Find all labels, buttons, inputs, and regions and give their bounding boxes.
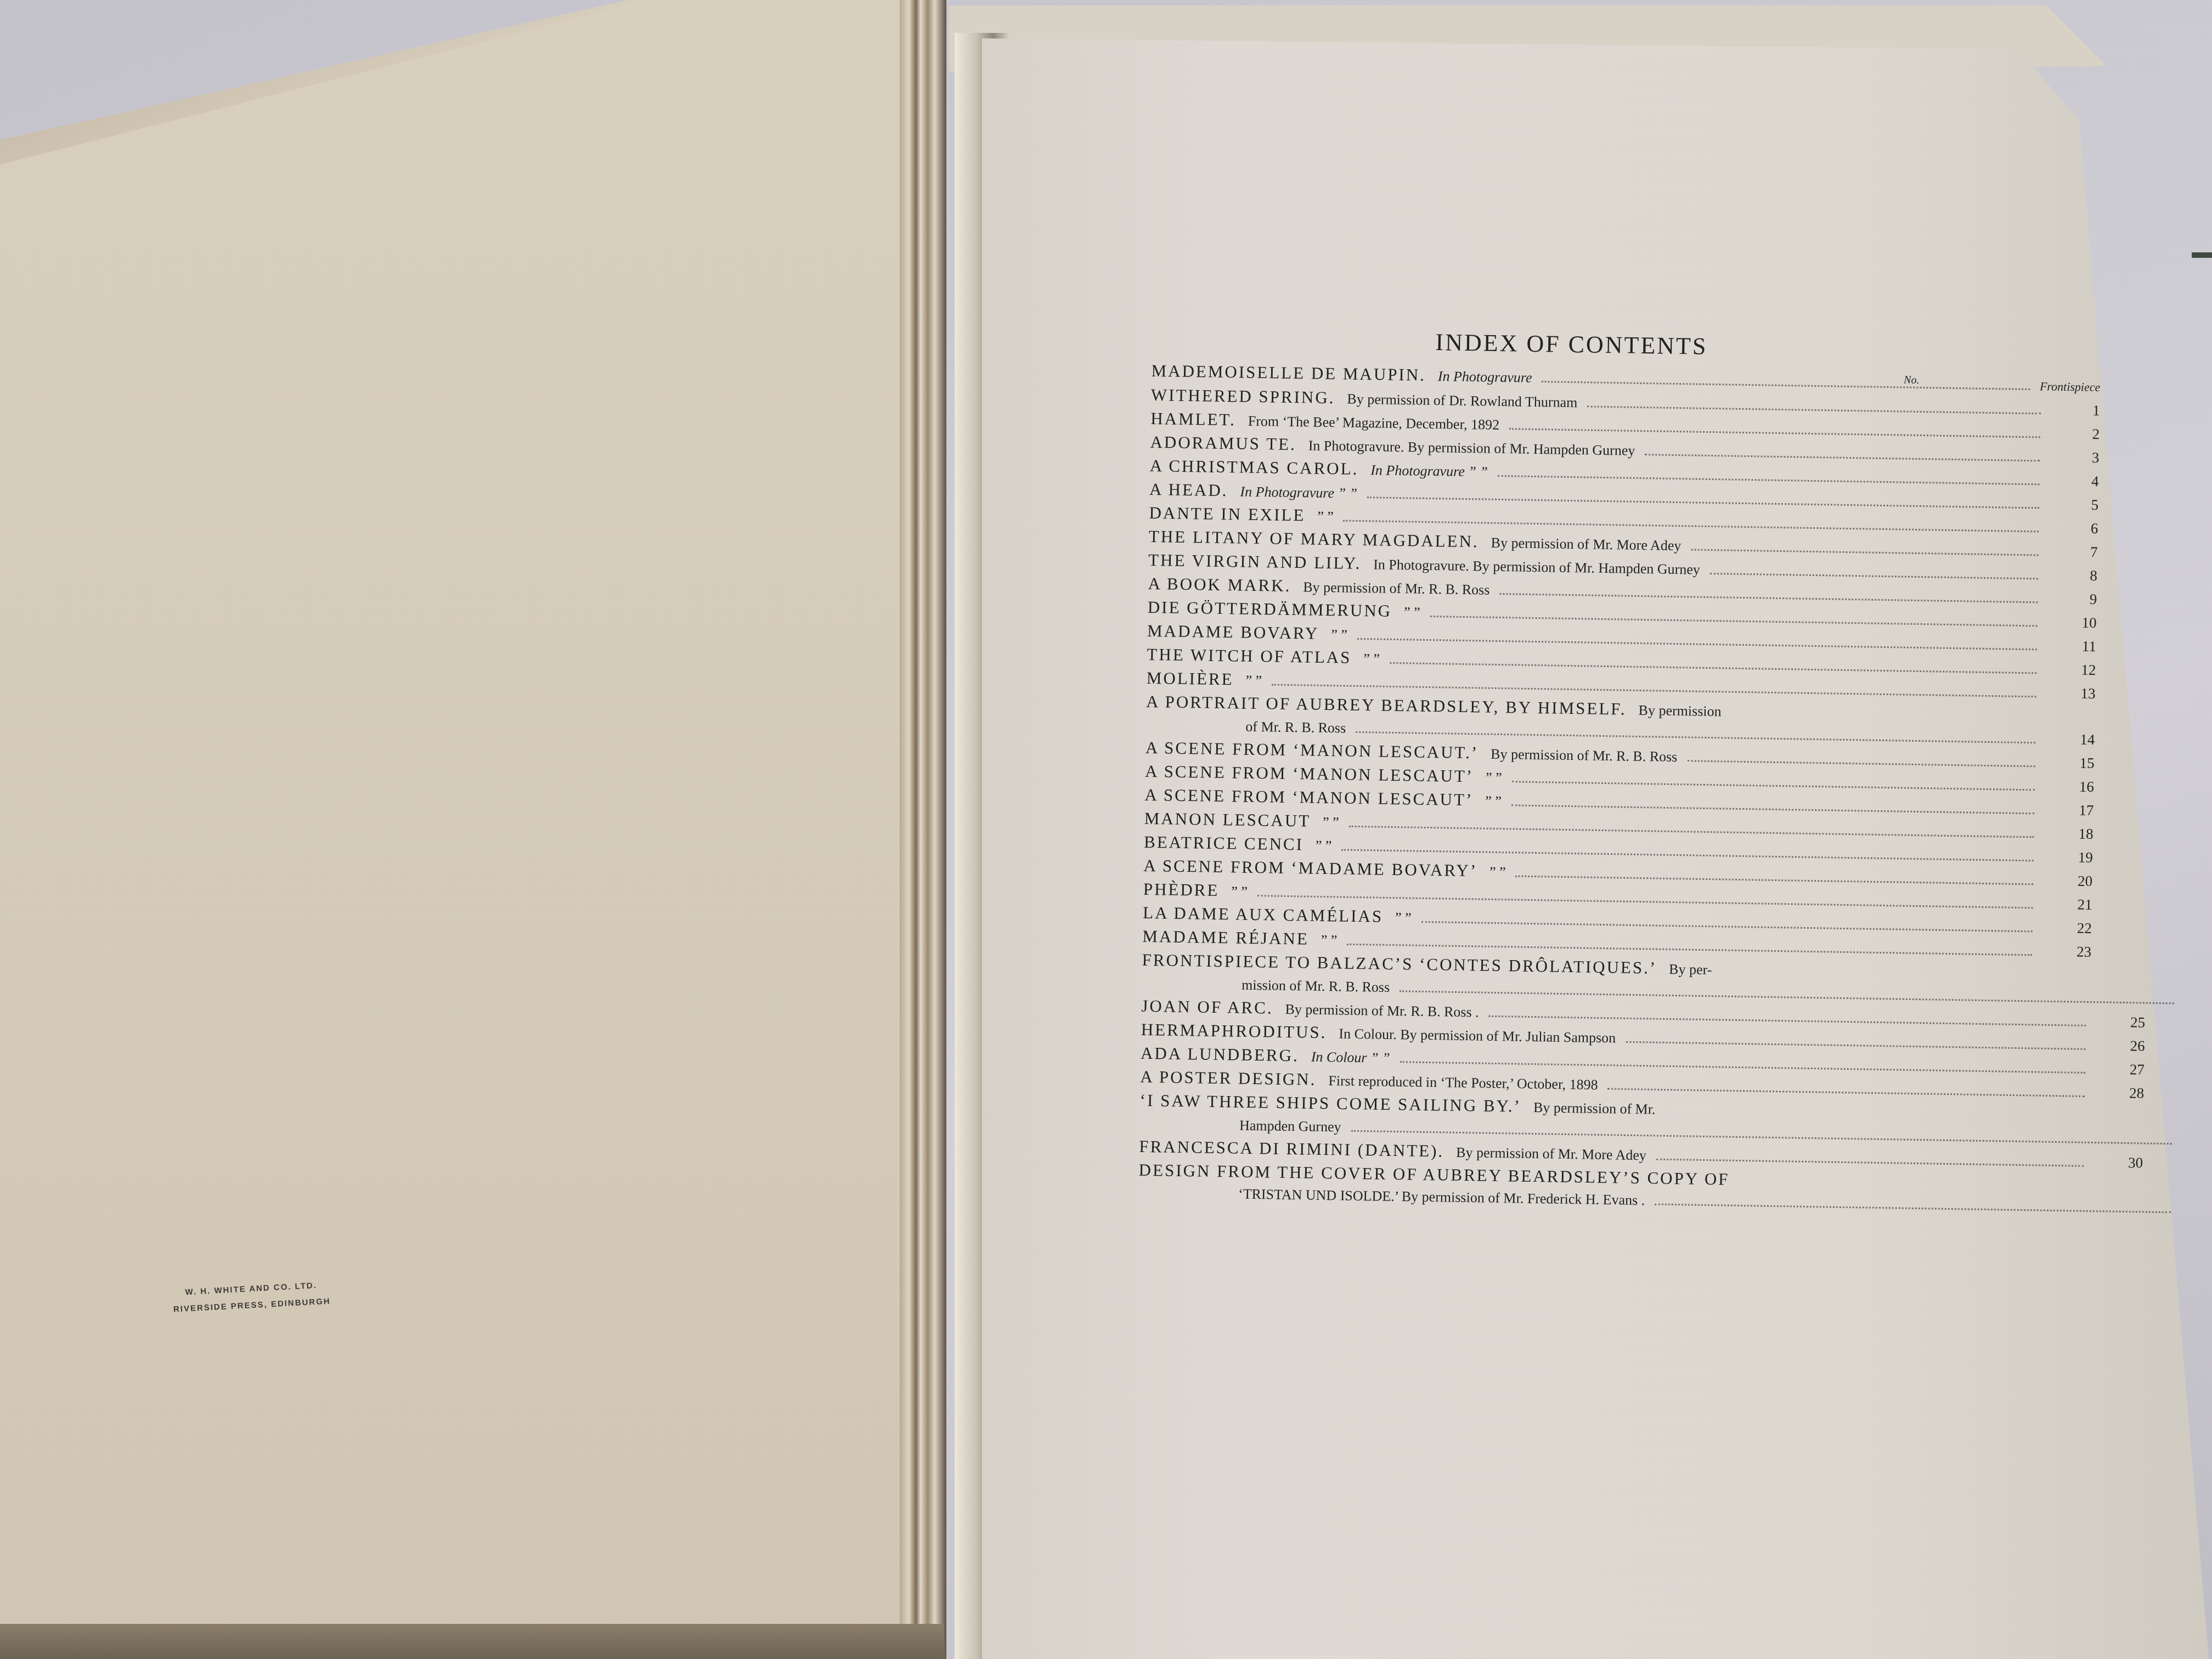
entry-note: ” ” [1323,811,1339,833]
entry-note: ” ” [1231,880,1248,902]
entry-number: 29 [2182,1129,2212,1152]
entry-note: In Photogravure ” ” [1240,481,1357,505]
entry-number: 23 [2042,940,2092,963]
entry-note: In Photogravure ” ” [1370,459,1488,483]
entry-title: ADA LUNDBERG. [1141,1042,1299,1067]
entry-title: MANON LESCAUT [1144,807,1311,832]
entry-number: 12 [2046,658,2096,681]
entry-number: 5 [2049,493,2099,516]
dot-leader [1687,760,2035,767]
entry-number: 8 [2048,564,2098,587]
entry-number: 1 [2050,399,2100,422]
entry-note: ” ” [1395,906,1412,929]
book-spine-edge [900,0,946,1659]
dot-leader [1587,405,2041,414]
entry-number: 31 [2181,1198,2212,1221]
entry-number: 7 [2048,540,2098,563]
dot-leader [1498,475,2040,486]
dot-leader [1607,1088,2085,1097]
entry-note: By permission of Dr. Rowland Thurnam [1347,388,1577,414]
entry-note: By per- [1669,958,1712,981]
entry-title: A POSTER DESIGN. [1140,1065,1317,1091]
entry-number: 14 [2045,728,2095,751]
entry-number: 30 [2093,1151,2143,1174]
entry-number: 21 [2042,893,2092,916]
entry-note: In Photogravure [1438,365,1532,389]
entry-note: ” ” [1489,861,1506,883]
dot-leader [1511,804,2034,814]
entry-note: In Colour ” ” [1311,1046,1390,1069]
entry-title: HERMAPHRODITUS. [1141,1018,1327,1043]
entry-title: LA DAME AUX CAMÉLIAS [1143,901,1384,928]
entry-title: HAMLET. [1150,407,1236,431]
entry-title: JOAN OF ARC. [1141,995,1273,1019]
entry-title: MADEMOISELLE DE MAUPIN. [1151,359,1426,386]
entry-note: From ‘The Bee’ Magazine, December, 1892 [1248,410,1500,436]
entry-number: 2 [2050,422,2100,445]
entry-number: 26 [2095,1034,2145,1057]
entry-number: 19 [2044,846,2093,869]
dot-leader [1691,549,2038,556]
entry-note: By permission of Mr. [1533,1096,1656,1120]
entry-note: By permission of Mr. R. B. Ross . [1285,998,1479,1024]
entry-title: ADORAMUS TE. [1150,431,1296,455]
entry-note: ” ” [1245,669,1262,692]
entry-title: BEATRICE CENCI [1144,831,1304,856]
dot-leader [1516,876,2034,885]
entry-number: Frontispiece [2040,375,2101,398]
entry-number: 11 [2047,635,2097,658]
dot-leader [1626,1041,2085,1050]
entry-title: THE VIRGIN AND LILY. [1148,549,1362,574]
entry-title: DANTE IN EXILE [1149,501,1305,526]
entry-note: ” ” [1363,647,1380,670]
index-of-contents: INDEX OF CONTENTS No. MADEMOISELLE DE MA… [1138,324,2101,1218]
entry-note: ” ” [1331,623,1347,646]
entry-title: A SCENE FROM ‘MANON LESCAUT’ [1145,760,1474,787]
entry-note: By permission of Mr. More Adey [1456,1141,1646,1166]
entry-title: WITHERED SPRING. [1151,383,1335,409]
dot-leader [1655,1204,2171,1214]
entry-number: 3 [2050,446,2100,469]
entry-note: By permission of Mr. R. B. Ross [1303,575,1490,601]
entry-note: ” ” [1485,790,1502,812]
entry-continuation: mission of Mr. R. B. Ross [1242,974,1390,998]
entry-note: ” ” [1317,505,1334,528]
entry-note: ” ” [1321,929,1337,951]
entry-title: MADAME BOVARY [1147,619,1319,645]
entry-title: THE WITCH OF ATLAS [1147,643,1352,669]
entry-title: A HEAD. [1149,478,1228,501]
entry-number: 27 [2095,1058,2145,1081]
entry-number: 9 [2047,588,2097,611]
entry-number: 16 [2045,775,2095,798]
entry-note: By permission of Mr. More Adey [1491,532,1681,557]
index-entries: MADEMOISELLE DE MAUPIN.In PhotogravureFr… [1138,359,2101,1218]
entry-number: 25 [2096,1011,2146,1034]
entry-title: PHÈDRE [1143,878,1219,901]
entry-title: MOLIÈRE [1147,667,1234,690]
entry-number: 4 [2049,470,2099,493]
dot-leader [1645,454,2040,461]
entry-number: 13 [2046,682,2096,705]
entry-note: By permission of Mr. R. B. Ross [1491,743,1678,768]
entry-title: FRANCESCA DI RIMINI (DANTE). [1139,1135,1444,1163]
cloth-cover-edge [0,1624,944,1659]
entry-title: A BOOK MARK. [1148,572,1291,597]
entry-number: 6 [2049,517,2098,540]
entry-note: In Colour. By permission of Mr. Julian S… [1339,1023,1616,1049]
dot-leader [1656,1159,2084,1167]
left-endpaper [0,0,944,1659]
entry-note: By permission [1638,699,1722,723]
entry-note: ” ” [1316,834,1332,857]
entry-number: 28 [2095,1081,2145,1104]
dot-leader [1710,573,2038,579]
entry-note: ” ” [1404,601,1420,623]
entry-note: ” ” [1486,766,1502,789]
entry-number: 18 [2044,822,2093,845]
entry-title: A SCENE FROM ‘MANON LESCAUT.’ [1145,736,1479,764]
dot-leader [1542,381,2030,390]
dot-leader [1509,428,2040,438]
entry-number: 24 [2184,989,2212,1012]
entry-number: 20 [2043,870,2093,893]
cord [2192,252,2212,258]
entry-title: MADAME RÉJANE [1142,925,1309,950]
dot-leader [1512,781,2035,791]
entry-title: A CHRISTMAS CAROL. [1150,454,1359,480]
entry-number: 10 [2047,611,2097,634]
dot-leader [1499,593,2038,603]
entry-continuation: of Mr. R. B. Ross [1245,715,1346,740]
entry-title: A SCENE FROM ‘MADAME BOVARY’ [1143,854,1477,882]
entry-continuation: Hampden Gurney [1239,1114,1341,1138]
entry-title: THE LITANY OF MARY MAGDALEN. [1149,525,1479,552]
entry-title: DIE GÖTTERDÄMMERUNG [1148,596,1392,622]
entry-number: 15 [2045,752,2095,775]
entry-title: A SCENE FROM ‘MANON LESCAUT’ [1144,783,1474,811]
number-column-header: No. [1904,374,1920,387]
entry-number: 22 [2042,917,2092,940]
entry-number: 17 [2044,799,2094,822]
